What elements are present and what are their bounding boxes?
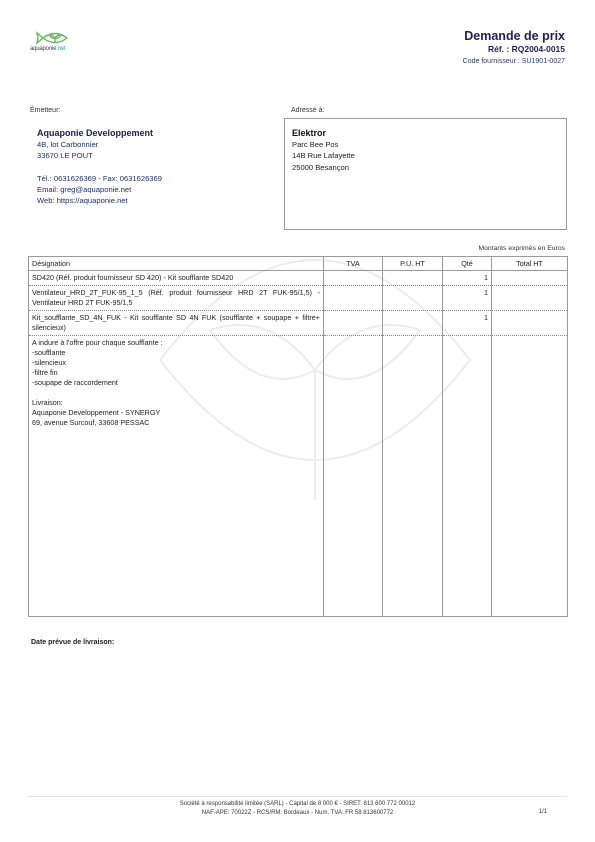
note-line: Livraison: bbox=[32, 398, 320, 408]
footer-line-2: NAF-APE: 70022Z - RCS/RM: Bordeaux - Num… bbox=[0, 809, 595, 818]
cell-unit-price bbox=[383, 336, 443, 617]
cell-total bbox=[492, 336, 568, 617]
note-line: Aquaponie Developpement - SYNERGY bbox=[32, 408, 320, 418]
sender-phone: Tél.: 0631626369 - Fax: 0631626369 bbox=[37, 173, 162, 184]
column-header-unit-price: P.U. HT bbox=[383, 257, 443, 271]
cell-notes: A indure à l'offre pour chaque soufflant… bbox=[29, 336, 324, 617]
page-number: 1/1 bbox=[539, 809, 547, 815]
currency-note: Montants exprimés en Euros bbox=[478, 245, 565, 252]
document-title: Demande de prix bbox=[464, 29, 565, 43]
note-line: 69, avenue Surcouf, 33608 PESSAC bbox=[32, 418, 320, 428]
note-line: -soufflante bbox=[32, 348, 320, 358]
footer: Société à responsabilité limitée (SARL) … bbox=[0, 800, 595, 818]
sender-block: Aquaponie Developpement 4B, lot Carbonni… bbox=[37, 128, 162, 206]
cell-quantity: 1 bbox=[443, 311, 492, 336]
sender-address-line-1: 4B, lot Carbonnier bbox=[37, 139, 162, 150]
items-table: Désignation TVA P.U. HT Qté Total HT SD4… bbox=[28, 256, 568, 617]
cell-total bbox=[492, 311, 568, 336]
cell-tva bbox=[324, 336, 383, 617]
recipient-block: Elektror Parc Bee Pos 14B Rue Lafayette … bbox=[292, 128, 355, 173]
cell-designation: SD420 (Réf. produit fournisseur SD 420) … bbox=[29, 271, 324, 286]
recipient-label: Adressé à: bbox=[291, 107, 324, 114]
recipient-address-line-1: Parc Bee Pos bbox=[292, 139, 355, 150]
note-line: -silencieux bbox=[32, 358, 320, 368]
sender-name: Aquaponie Developpement bbox=[37, 128, 162, 139]
footer-line-1: Société à responsabilité limitée (SARL) … bbox=[0, 800, 595, 809]
recipient-name: Elektror bbox=[292, 128, 355, 139]
recipient-address-line-2: 14B Rue Lafayette bbox=[292, 150, 355, 161]
cell-total bbox=[492, 286, 568, 311]
sender-email: Email: greg@aquaponie.net bbox=[37, 184, 162, 195]
cell-designation: Ventilateur_HRD_2T_FUK-95_1_5 (Réf. prod… bbox=[29, 286, 324, 311]
column-header-tva: TVA bbox=[324, 257, 383, 271]
table-header-row: Désignation TVA P.U. HT Qté Total HT bbox=[29, 257, 568, 271]
note-line: -filtre fin bbox=[32, 368, 320, 378]
note-line: A indure à l'offre pour chaque soufflant… bbox=[32, 338, 320, 348]
column-header-total: Total HT bbox=[492, 257, 568, 271]
cell-quantity bbox=[443, 336, 492, 617]
supplier-code: Code fournisseur : SU1901-0027 bbox=[463, 58, 565, 65]
cell-tva bbox=[324, 271, 383, 286]
cell-tva bbox=[324, 311, 383, 336]
column-header-designation: Désignation bbox=[29, 257, 324, 271]
cell-unit-price bbox=[383, 286, 443, 311]
note-line: -soupape de raccordement bbox=[32, 378, 320, 388]
cell-unit-price bbox=[383, 271, 443, 286]
column-header-quantity: Qté bbox=[443, 257, 492, 271]
cell-quantity: 1 bbox=[443, 271, 492, 286]
table-row: SD420 (Réf. produit fournisseur SD 420) … bbox=[29, 271, 568, 286]
cell-total bbox=[492, 271, 568, 286]
cell-tva bbox=[324, 286, 383, 311]
cell-unit-price bbox=[383, 311, 443, 336]
cell-quantity: 1 bbox=[443, 286, 492, 311]
table-row-notes: A indure à l'offre pour chaque soufflant… bbox=[29, 336, 568, 617]
note-line bbox=[32, 388, 320, 398]
delivery-date-label: Date prévue de livraison: bbox=[31, 639, 114, 646]
sender-label: Émetteur: bbox=[30, 107, 60, 114]
table-row: Ventilateur_HRD_2T_FUK-95_1_5 (Réf. prod… bbox=[29, 286, 568, 311]
recipient-address-line-3: 25000 Besançon bbox=[292, 162, 355, 173]
sender-address-line-2: 33670 LE POUT bbox=[37, 150, 162, 161]
logo-wordmark: aquaponie.net bbox=[30, 46, 65, 52]
footer-divider bbox=[28, 796, 567, 797]
cell-designation: Kit_soufflante_SD_4N_FUK - Kit soufflant… bbox=[29, 311, 324, 336]
table-row: Kit_soufflante_SD_4N_FUK - Kit soufflant… bbox=[29, 311, 568, 336]
sender-web: Web: https://aquaponie.net bbox=[37, 195, 162, 206]
document-reference: Réf. : RQ2004-0015 bbox=[488, 44, 565, 54]
